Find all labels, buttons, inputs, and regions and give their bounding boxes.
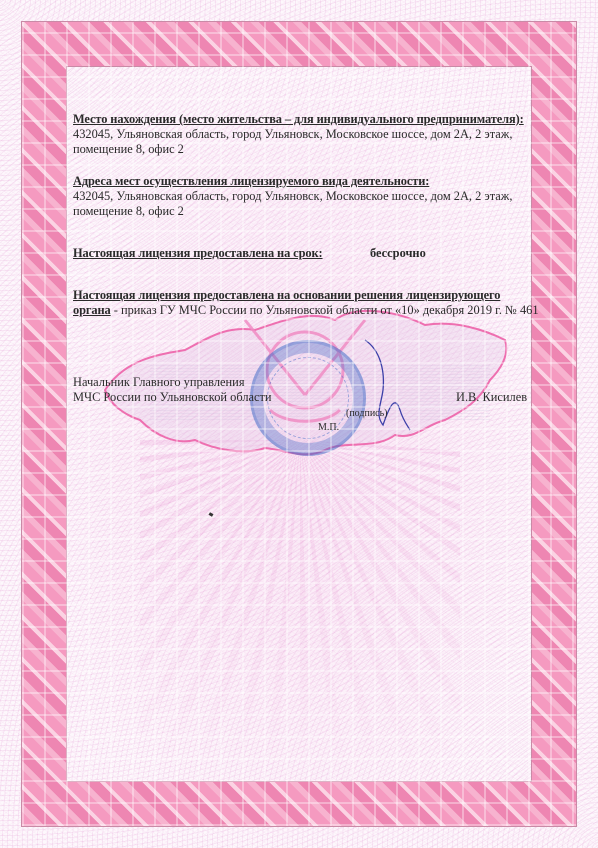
scan-speck <box>209 512 214 517</box>
activity-address-section: Адреса мест осуществления лицензируемого… <box>73 174 533 219</box>
location-line-2: помещение 8, офис 2 <box>73 142 533 157</box>
stamp-label: М.П. <box>318 420 339 435</box>
activity-address-line-1: 432045, Ульяновская область, город Ульян… <box>73 189 533 204</box>
location-section: Место нахождения (место жительства – для… <box>73 112 533 157</box>
signer-title-line-1: Начальник Главного управления <box>73 375 533 390</box>
basis-section: Настоящая лицензия предоставлена на осно… <box>73 288 543 318</box>
basis-text: - приказ ГУ МЧС России по Ульяновской об… <box>111 303 539 317</box>
term-section: Настоящая лицензия предоставлена на срок… <box>73 246 533 261</box>
term-value: бессрочно <box>370 246 426 261</box>
term-heading: Настоящая лицензия предоставлена на срок… <box>73 246 323 260</box>
activity-address-line-2: помещение 8, офис 2 <box>73 204 533 219</box>
location-line-1: 432045, Ульяновская область, город Ульян… <box>73 127 533 142</box>
signature-block: Начальник Главного управления МЧС России… <box>73 375 533 405</box>
basis-heading-line-2: органа <box>73 303 111 317</box>
license-page: Место нахождения (место жительства – для… <box>0 0 598 848</box>
basis-heading-line-1: Настоящая лицензия предоставлена на осно… <box>73 288 543 303</box>
location-heading: Место нахождения (место жительства – для… <box>73 112 533 127</box>
basis-line-2: органа - приказ ГУ МЧС России по Ульянов… <box>73 303 543 318</box>
signer-name: И.В. Кисилев <box>456 390 527 405</box>
signature-label: (подпись) <box>346 406 388 421</box>
activity-address-heading: Адреса мест осуществления лицензируемого… <box>73 174 533 189</box>
guilloche-rays <box>140 440 460 770</box>
